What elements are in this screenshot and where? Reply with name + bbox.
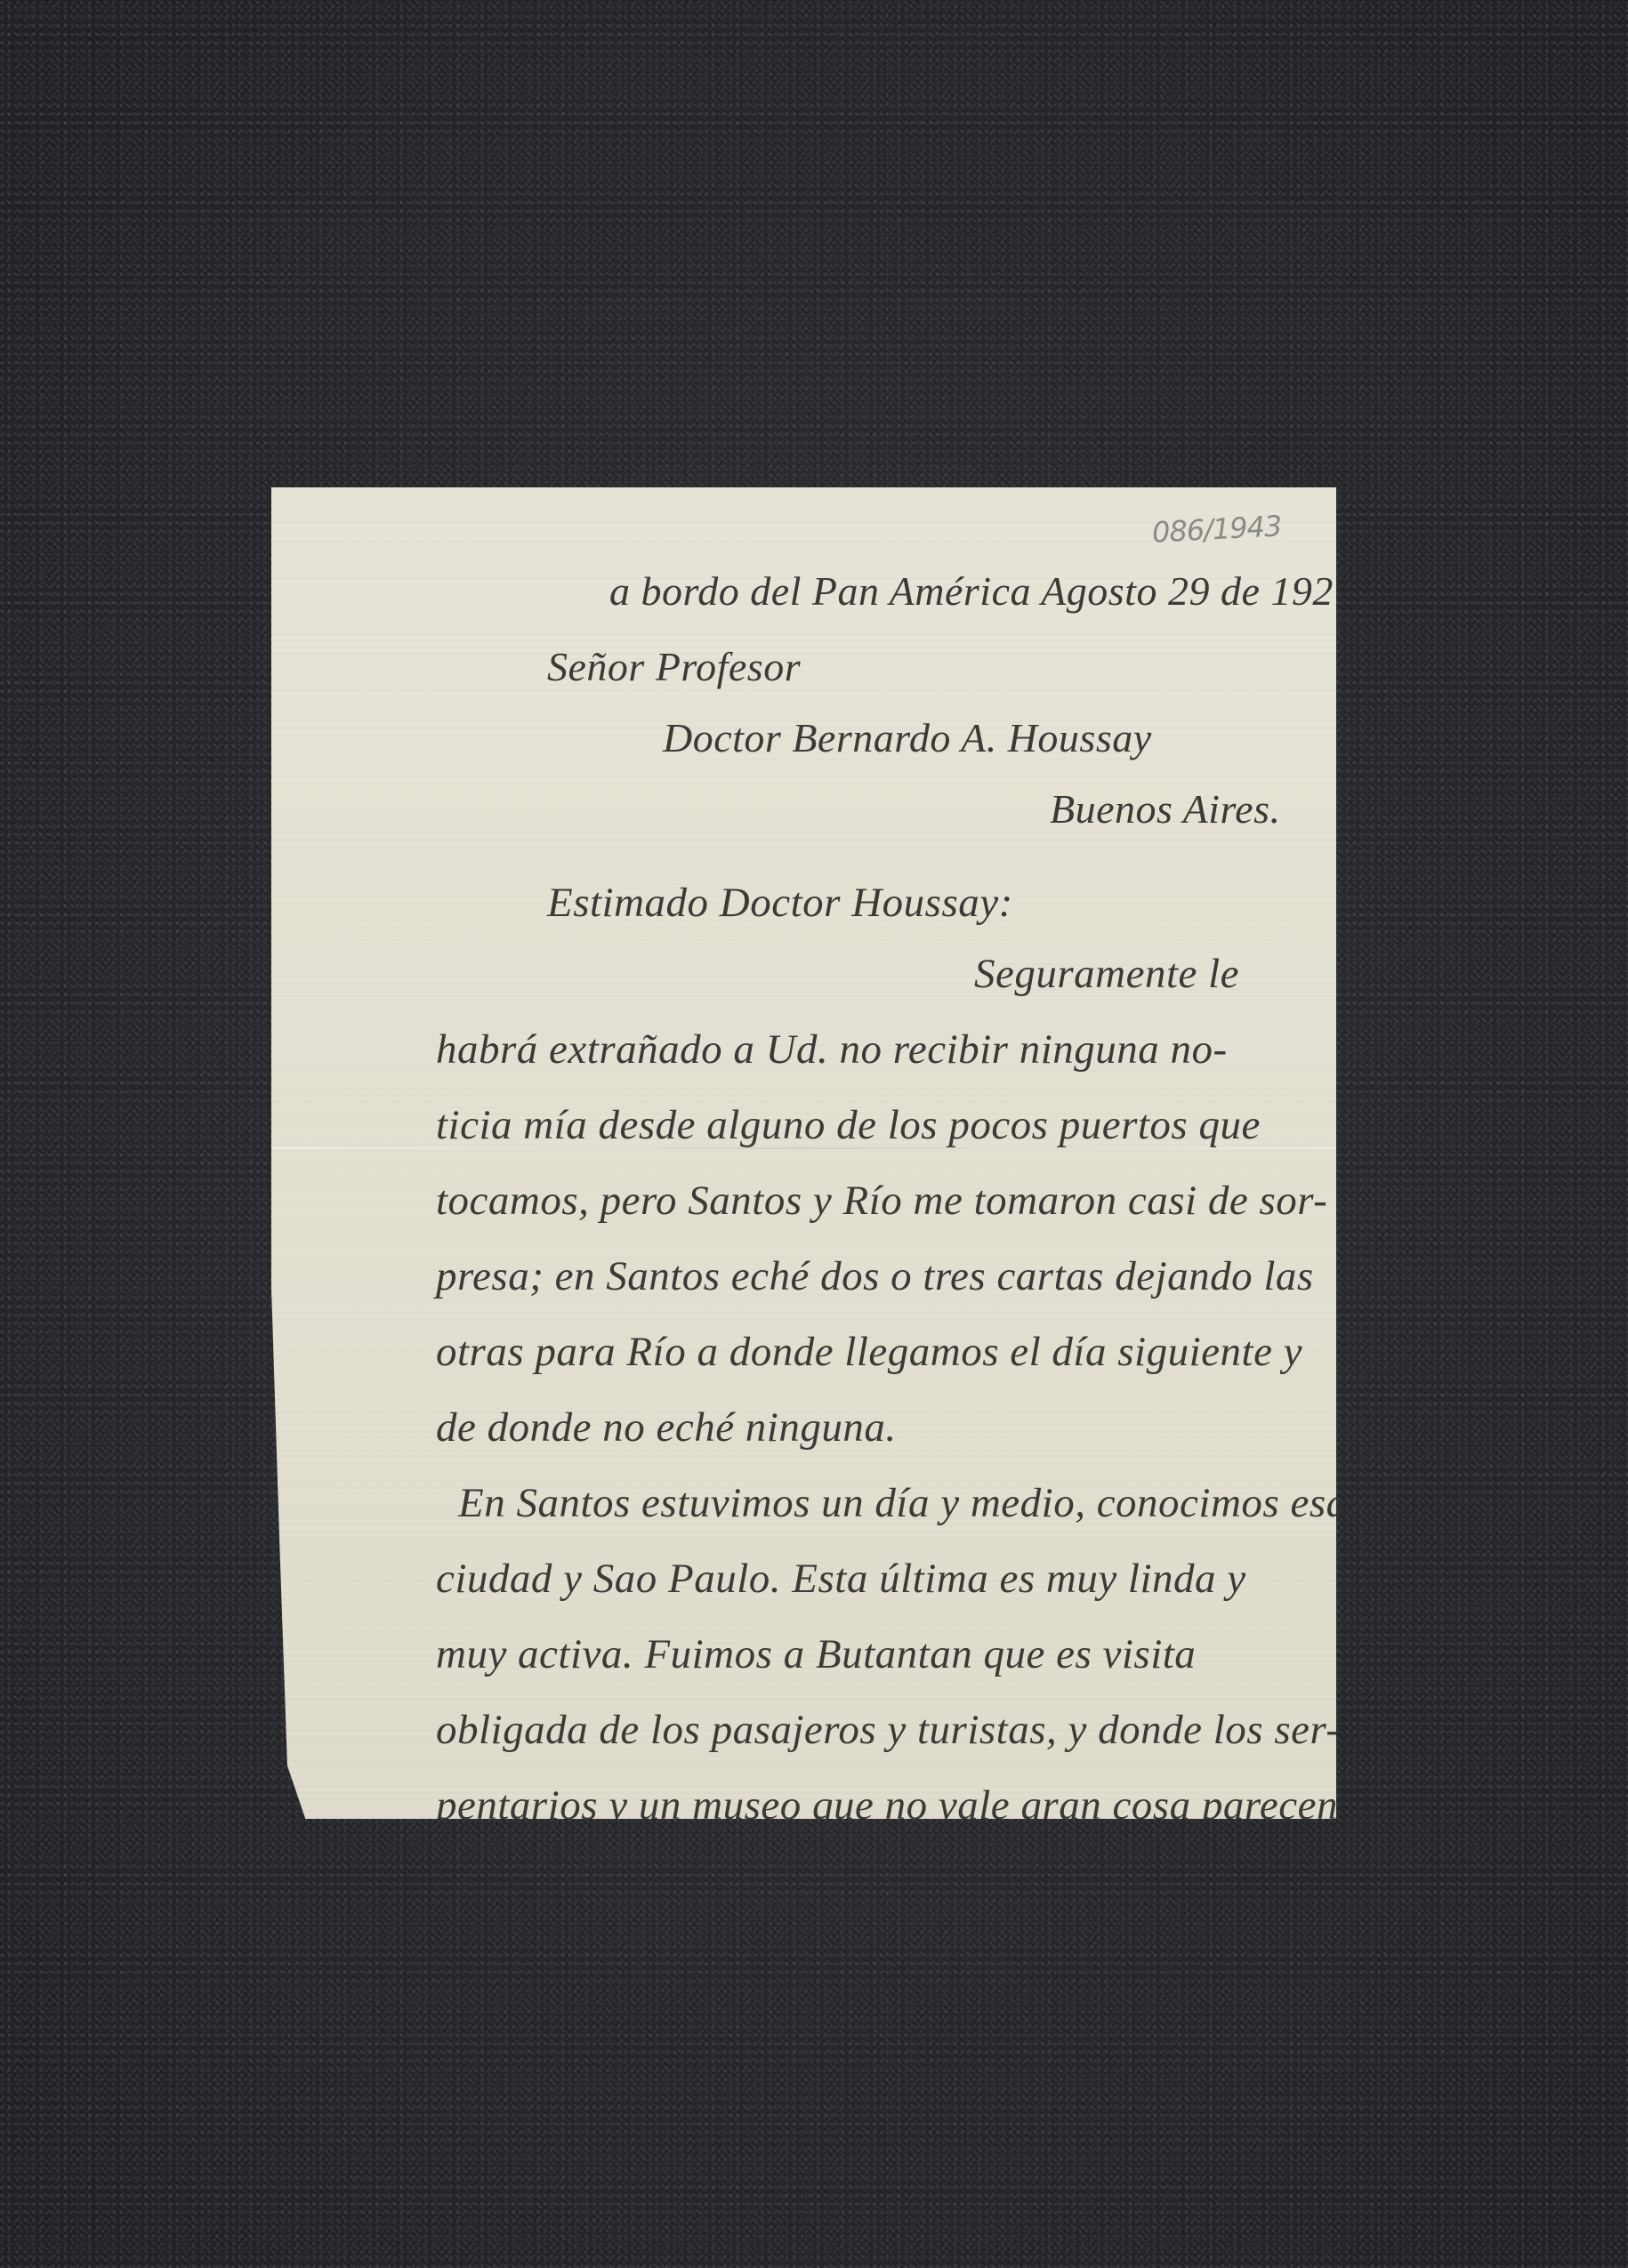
body-line: presa; en Santos eché dos o tres cartas …	[436, 1252, 1334, 1300]
place-date-line: a bordo del Pan América Agosto 29 de 192…	[609, 567, 1354, 615]
body-line: obligada de los pasajeros y turistas, y …	[436, 1706, 1334, 1754]
recipient-name: Doctor Bernardo A. Houssay	[663, 714, 1152, 761]
body-line: habrá extrañado a Ud. no recibir ninguna…	[436, 1025, 1334, 1074]
body-line: ciudad y Sao Paulo. Esta última es muy l…	[436, 1555, 1334, 1603]
body-line: de donde no eché ninguna.	[436, 1403, 1334, 1452]
letter-page: 086/1943 a bordo del Pan América Agosto …	[271, 487, 1336, 1819]
body-line: En Santos estuvimos un día y medio, cono…	[458, 1479, 1357, 1527]
salutation-title: Señor Profesor	[547, 643, 801, 690]
body-line: tocamos, pero Santos y Río me tomaron ca…	[436, 1177, 1334, 1225]
body-line: ticia mía desde alguno de los pocos puer…	[436, 1101, 1334, 1149]
opening-word: Seguramente le	[974, 950, 1239, 998]
recipient-city: Buenos Aires.	[1050, 785, 1280, 832]
greeting: Estimado Doctor Houssay:	[547, 879, 1013, 927]
body-line: muy activa. Fuimos a Butantan que es vis…	[436, 1630, 1334, 1678]
body-line: otras para Río a donde llegamos el día s…	[436, 1328, 1334, 1376]
archive-number: 086/1943	[1151, 509, 1282, 550]
